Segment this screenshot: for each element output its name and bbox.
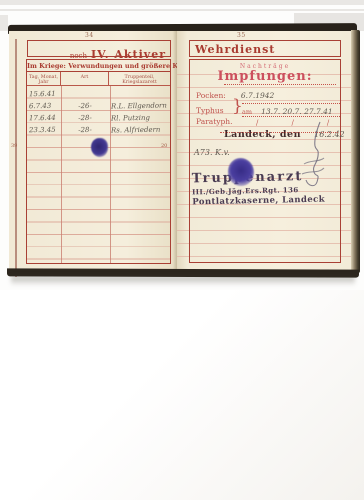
left-page: 34 nochIV. Aktiver Im Kriege: Verwundung…	[9, 31, 177, 271]
scanned-photo: 34 nochIV. Aktiver Im Kriege: Verwundung…	[0, 0, 364, 500]
page-edge	[351, 30, 360, 273]
cover-edge	[15, 39, 17, 277]
stamp-heading-big: Impfungen:	[190, 69, 340, 84]
stamp-heading-small: Nachträge	[190, 63, 340, 70]
margin-mark: 39	[11, 143, 17, 149]
form-line	[242, 103, 340, 104]
entry-date: 23.3.45	[27, 126, 61, 135]
table-row: 17.6.44 -28- Rl. Putzing	[27, 110, 170, 122]
entry-unit: Rs. Alfriedern	[109, 125, 170, 134]
left-page-heading: nochIV. Aktiver	[27, 40, 171, 57]
left-page-number: 34	[85, 32, 94, 39]
table-row: 6.7.43 -26- R.L. Ellgendorn	[27, 98, 170, 110]
round-stamp-blot	[228, 158, 254, 186]
right-page: 35 Wehrdienst Nachträge Impfungen: Pocke…	[177, 31, 351, 271]
unit-stamp-line3: Pontlatzkaserne, Landeck	[192, 195, 325, 208]
scanner-artifact	[0, 0, 364, 5]
form-line	[242, 116, 340, 117]
scanner-background	[0, 290, 364, 500]
booklet-shadow	[11, 276, 355, 286]
entry-date: 6.7.43	[27, 102, 61, 111]
open-booklet: 34 nochIV. Aktiver Im Kriege: Verwundung…	[7, 24, 359, 278]
margin-mark: 20	[161, 143, 167, 149]
table-row: 15.6.41	[27, 86, 170, 98]
vaccination-stamp-heading: Nachträge Impfungen:	[190, 63, 340, 84]
ink-blot	[91, 138, 108, 157]
wounds-table-header: Tag, Monat, Jahr Art Truppenteil, Kriegs…	[27, 72, 170, 86]
wounds-table-body: 15.6.41 6.7.43 -26- R.L. Ellgendorn 17.6…	[27, 86, 170, 263]
fitness-note-text: A73. K.v.	[194, 148, 230, 157]
entry-art: -28-	[61, 126, 109, 135]
fitness-note: A73. K.v.	[194, 140, 230, 159]
vaccination-box: Nachträge Impfungen: Pocken: 6.7.1942 Ty…	[189, 59, 341, 263]
right-page-heading: Wehrdienst	[189, 40, 341, 57]
wounds-table-title: Im Kriege: Verwundungen und größere Kran…	[27, 60, 170, 72]
col-unit: Truppenteil, Kriegslazarett	[109, 72, 170, 85]
entry-date: 17.6.44	[27, 114, 61, 123]
table-row: 23.3.45 -28- Rs. Alfriedern	[27, 122, 170, 134]
entry-date: 15.6.41	[27, 90, 61, 99]
scanner-artifact	[0, 9, 364, 11]
col-date: Tag, Monat, Jahr	[27, 72, 61, 85]
right-page-number: 35	[237, 32, 246, 39]
doctor-signature	[290, 120, 332, 190]
form-line	[224, 84, 336, 85]
wounds-table: Im Kriege: Verwundungen und größere Kran…	[26, 59, 171, 264]
col-art: Art	[61, 72, 109, 85]
